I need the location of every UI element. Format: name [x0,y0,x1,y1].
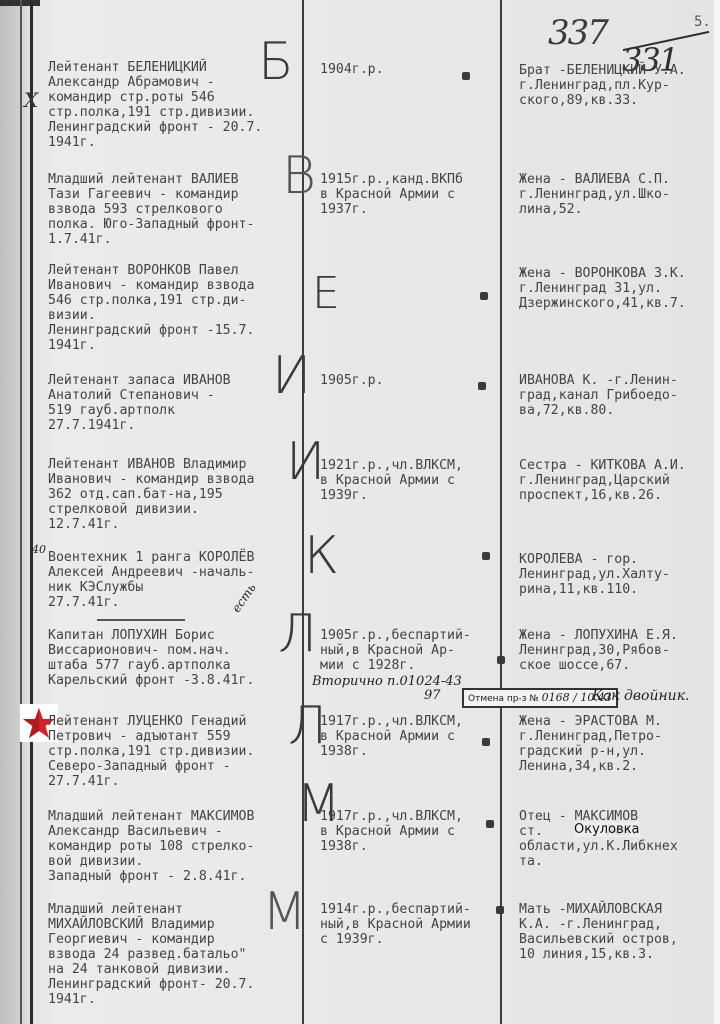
entry-1-kin: Жена - ВАЛИЕВА С.П. г.Ленинград,ул.Шко- … [519,172,670,217]
column-divider-2 [500,0,502,1024]
archive-document-page: 5. 337 331 Х Лейтенант БЕЛЕНИЦКИЙ Алекса… [0,0,720,1024]
entry-1-name: Младший лейтенант ВАЛИЕВ Тази Гагеевич -… [48,172,254,247]
entry-5-kin: КОРОЛЕВА - гор. Ленинград,ул.Халту- рина… [519,552,670,597]
entry-0-kin: Брат -БЕЛЕНИЦКИЙ У.А. г.Ленинград,пл.Кур… [519,63,686,108]
page-number: 5. [694,14,711,30]
entry-9-birth: 1914г.р.,беспартий- ный,в Красной Армии … [320,902,471,947]
entry-0-index-letter: Б [258,36,294,88]
entry-7-dot-mark [482,738,490,746]
entry-0-name: Лейтенант БЕЛЕНИЦКИЙ Александр Абрамович… [48,60,262,150]
entry-6-handwritten-note: Вторично п.01024-43 [312,675,462,688]
entry-6-name: Капитан ЛОПУХИН Борис Виссарионович- пом… [48,628,254,688]
entry-2-dot-mark [480,292,488,300]
entry-5-margin-note: 40 [32,544,46,555]
entry-8-index-letter: М [296,778,341,830]
entry-4-birth: 1921г.р.,чл.ВЛКСМ, в Красной Армии с 193… [320,458,463,503]
entry-6-dot-mark [497,656,505,664]
entry-3-index-letter: И [272,350,311,402]
entry-2-kin: Жена - ВОРОНКОВА З.К. г.Ленинград 31,ул.… [519,266,686,311]
entry-8-birth: 1917г.р.,чл.ВЛКСМ, в Красной Армии с 193… [320,809,463,854]
entry-5-dot-mark [482,552,490,560]
entry-5-underline [97,619,185,621]
entry-2-name: Лейтенант ВОРОНКОВ Павел Иванович - кома… [48,263,254,353]
entry-5-name: Воентехник 1 ранга КОРОЛЁВ Алексей Андре… [48,550,254,610]
entry-0-birth: 1904г.р. [320,62,384,77]
entry-8-kin: Отец - МАКСИМОВ ст. Лен. области,ул.К.Ли… [519,809,678,869]
entry-6-birth: 1905г.р.,беспартий- ный,в Красной Ар- ми… [320,628,471,673]
entry-9-name: Младший лейтенант МИХАЙЛОВСКИЙ Владимир … [48,902,254,1007]
entry-8-name: Младший лейтенант МАКСИМОВ Александр Вас… [48,809,254,884]
binding-line-outer [20,0,22,1024]
entry-1-birth: 1915г.р.,канд.ВКПб в Красной Армии с 193… [320,172,463,217]
entry-8-kin-overlay: Окуловка [574,822,640,837]
entry-4-name: Лейтенант ИВАНОВ Владимир Иванович - ком… [48,457,254,532]
stamp-label: Отмена пр-з № [468,694,539,704]
entry-9-dot-mark [496,906,504,914]
archive-number: 337 [548,16,607,50]
entry-7-index-letter: Л [288,700,327,752]
entry-9-index-letter: М [262,886,307,938]
entry-6-handwritten-sub: 97 [424,689,441,702]
binding-line-inner [30,0,33,1024]
entry-7-birth: 1917г.р.,чл.ВЛКСМ, в Красной Армии с 193… [320,714,463,759]
entry-0-dot-mark [462,72,470,80]
entry-8-dot-mark [486,820,494,828]
entry-3-kin: ИВАНОВА К. -г.Ленин- град,канал Грибоедо… [519,373,678,418]
entry-3-dot-mark [478,382,486,390]
entry-4-index-letter: И [286,436,325,488]
entry-4-kin: Сестра - КИТКОВА А.И. г.Ленинград,Царски… [519,458,686,503]
entry-6-index-letter: Л [278,608,317,660]
entry-7-name: Лейтенант ЛУЦЕНКО Генадий Петрович - адъ… [48,714,254,789]
entry-6-stamp-note: Как двойник. [592,689,690,703]
entry-1-index-letter: В [282,150,316,202]
margin-x-mark: Х [24,90,38,110]
entry-2-index-letter: Е [312,272,340,316]
page-right-edge [714,0,720,1024]
entry-9-kin: Мать -МИХАЙЛОВСКАЯ К.А. -г.Ленинград, Ва… [519,902,678,962]
entry-3-birth: 1905г.р. [320,373,384,388]
entry-6-kin: Жена - ЛОПУХИНА Е.Я. Ленинград,30,Рябов-… [519,628,678,673]
entry-7-kin: Жена - ЭРАСТОВА М. г.Ленинград,Петро- гр… [519,714,662,774]
entry-5-index-letter: К [304,530,339,582]
entry-3-name: Лейтенант запаса ИВАНОВ Анатолий Степано… [48,373,231,433]
